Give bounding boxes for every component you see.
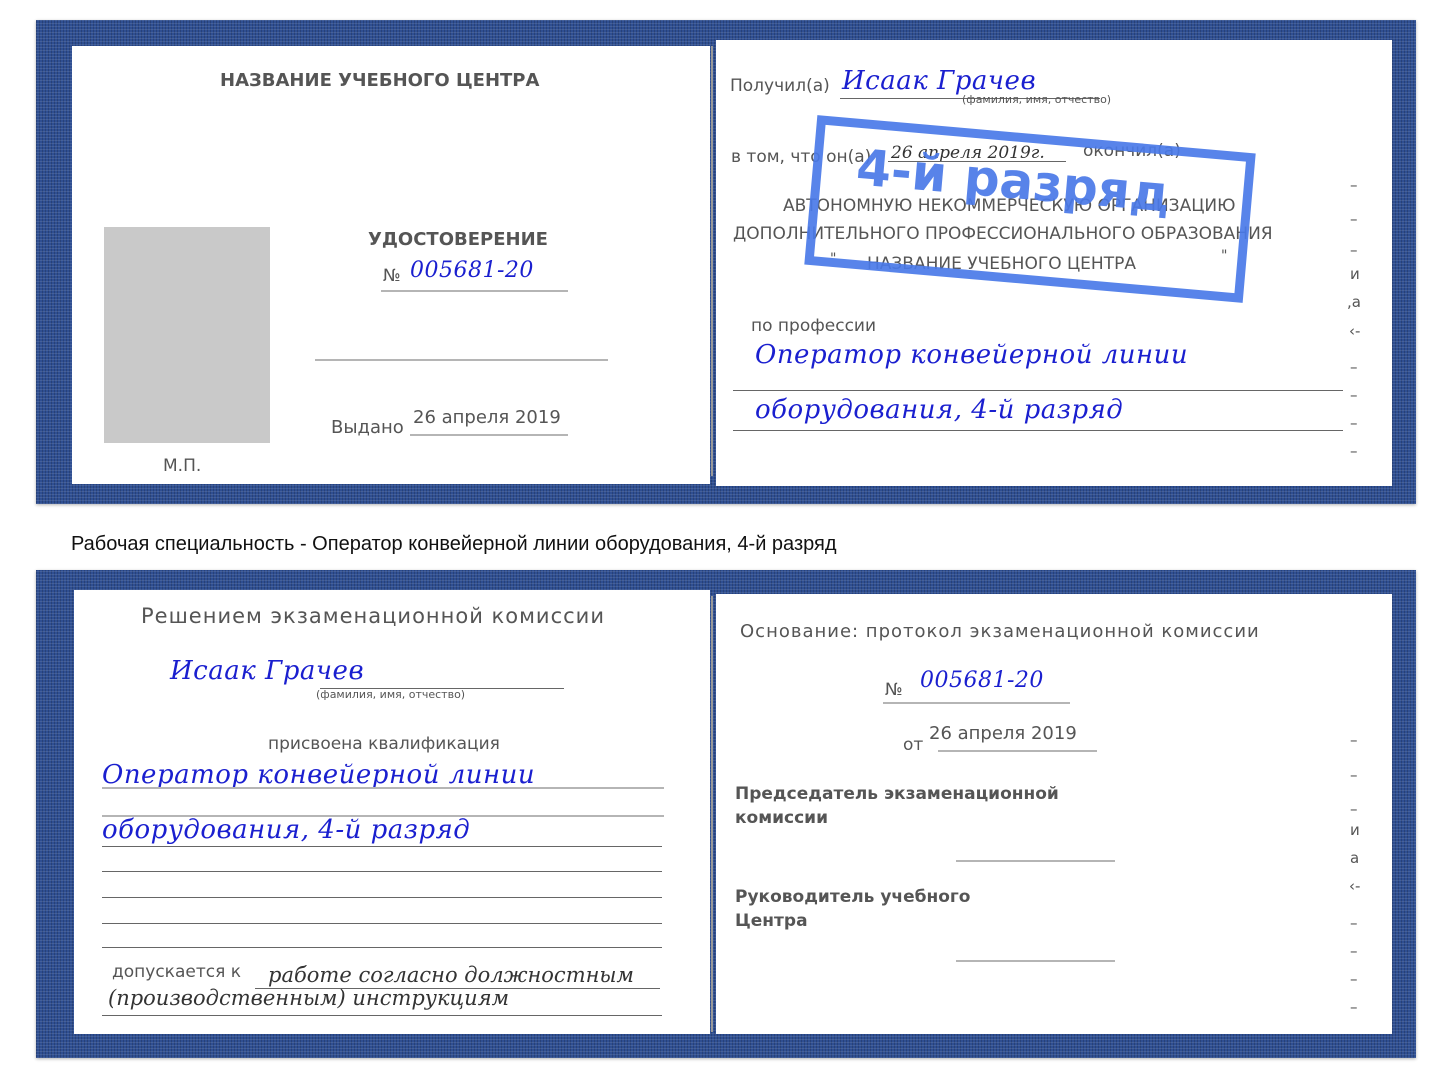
from-date: 26 апреля 2019 bbox=[929, 723, 1077, 744]
profession-underline-1 bbox=[733, 390, 1343, 391]
issued-underline bbox=[410, 434, 568, 436]
qualification-line-2: оборудования, 4-й разряд bbox=[102, 815, 470, 845]
qualification-line-1: Оператор конвейерной линии bbox=[102, 760, 535, 790]
head-signature-line[interactable] bbox=[956, 960, 1115, 962]
issued-label: Выдано bbox=[331, 417, 404, 438]
top-spine bbox=[711, 46, 713, 476]
protocol-number-underline bbox=[883, 702, 1070, 704]
basis-title: Основание: протокол экзаменационной коми… bbox=[740, 621, 1260, 642]
profession-line-1: Оператор конвейерной линии bbox=[755, 340, 1188, 370]
name-hint: (фамилия, имя, отчество) bbox=[962, 93, 1111, 106]
protocol-number-label: № bbox=[885, 680, 903, 700]
blank-line-5 bbox=[102, 947, 662, 948]
from-date-underline bbox=[938, 750, 1097, 752]
bottom-spine bbox=[711, 596, 713, 1032]
head-label-2: Центра bbox=[735, 911, 808, 931]
received-label: Получил(а) bbox=[730, 76, 830, 96]
qualification-label: присвоена квалификация bbox=[268, 734, 500, 754]
certificate-title: УДОСТОВЕРЕНИЕ bbox=[368, 229, 548, 250]
admitted-label: допускается к bbox=[112, 962, 241, 982]
chair-signature-line[interactable] bbox=[956, 860, 1115, 862]
chair-label-2: комиссии bbox=[735, 808, 828, 828]
name-hint-bottom: (фамилия, имя, отчество) bbox=[316, 688, 465, 701]
blank-line-2 bbox=[102, 871, 662, 872]
admitted-line-2: (производственным) инструкциям bbox=[108, 986, 509, 1010]
qualification-underline-1 bbox=[102, 787, 664, 789]
stamp-place-label: М.П. bbox=[163, 456, 201, 476]
recipient-name: Исаак Грачев bbox=[842, 66, 1036, 96]
person-name: Исаак Грачев bbox=[170, 656, 364, 686]
number-label: № bbox=[383, 266, 401, 286]
protocol-number: 005681-20 bbox=[920, 668, 1044, 693]
training-center-name: НАЗВАНИЕ УЧЕБНОГО ЦЕНТРА bbox=[220, 70, 539, 91]
specialty-caption: Рабочая специальность - Оператор конвейе… bbox=[71, 533, 837, 556]
from-label: от bbox=[903, 735, 923, 755]
blank-line bbox=[315, 359, 608, 361]
decision-title: Решением экзаменационной комиссии bbox=[141, 604, 605, 628]
blank-line-3 bbox=[102, 897, 662, 898]
head-label-1: Руководитель учебного bbox=[735, 887, 970, 907]
chair-label-1: Председатель экзаменационной bbox=[735, 784, 1059, 804]
profession-line-2: оборудования, 4-й разряд bbox=[755, 395, 1123, 425]
certificate-number: 005681-20 bbox=[410, 258, 534, 283]
blank-line-1 bbox=[102, 846, 662, 847]
number-underline bbox=[381, 290, 568, 292]
photo-placeholder bbox=[104, 227, 270, 443]
profession-underline-2 bbox=[733, 430, 1343, 431]
admitted-underline-2 bbox=[102, 1015, 662, 1016]
profession-label: по профессии bbox=[751, 316, 876, 336]
blank-line-4 bbox=[102, 923, 662, 924]
admitted-line-1: работе согласно должностным bbox=[268, 963, 634, 987]
issued-date: 26 апреля 2019 bbox=[413, 407, 561, 428]
